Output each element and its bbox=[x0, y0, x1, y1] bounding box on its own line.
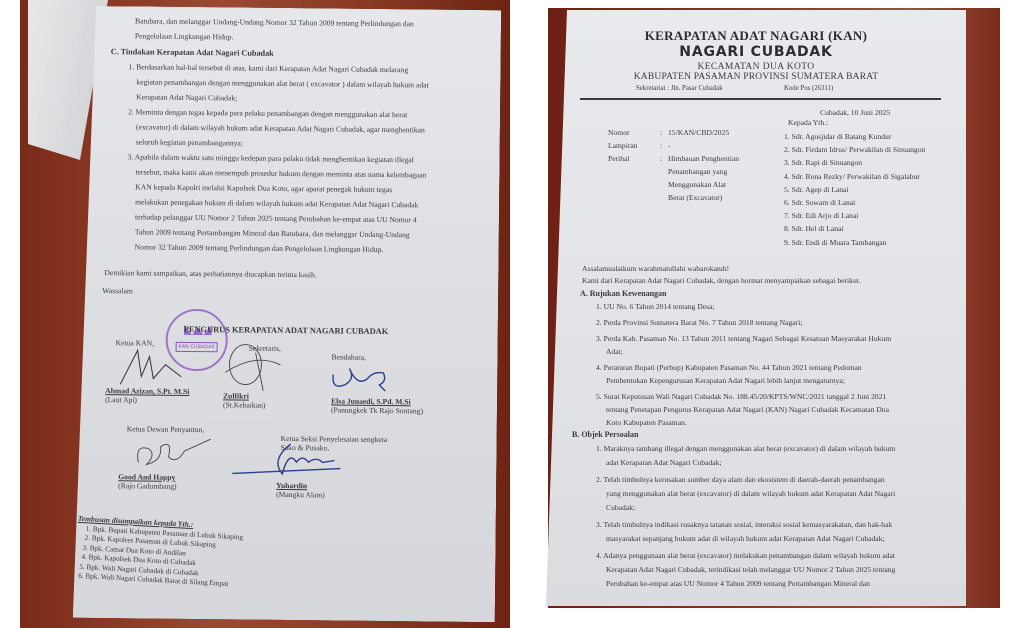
meta-value: 15/KAN/CBD/2025 bbox=[668, 128, 729, 138]
list-item-line: 4. Peraturan Bupati (Perbup) Kabupaten P… bbox=[596, 363, 862, 373]
letter-date: Cubadak, 10 Juni 2025 bbox=[820, 108, 890, 118]
signature-ketua-kan bbox=[115, 346, 185, 392]
list-item-line: masyarakat sepanjang hukum adat di wilay… bbox=[606, 534, 885, 544]
meta-label: Lampiran bbox=[608, 141, 638, 151]
signature-ketua-seksi bbox=[230, 439, 350, 485]
letterhead-divider bbox=[580, 98, 941, 100]
list-item-line: KAN kepada Kapolri melalui Kapolsek Dua … bbox=[135, 182, 392, 195]
recipient-item: 5. Sdr. Agep di Lanai bbox=[784, 185, 849, 195]
letterhead-postal: Kode Pos (26311) bbox=[784, 84, 833, 94]
salutation: Wassalam bbox=[102, 286, 133, 296]
letterhead-address: Sekretariat : Jln. Pasar Cubadak bbox=[636, 84, 723, 94]
section-c-heading: C. Tindakan Kerapatan Adat Nagari Cubada… bbox=[111, 47, 274, 59]
meta-value: - bbox=[668, 141, 671, 151]
letterhead-kabupaten: KABUPATEN PASAMAN PROVINSI SUMATERA BARA… bbox=[546, 72, 966, 82]
list-item-line: 2. Telah timbulnya kerusakan sumber daya… bbox=[596, 475, 885, 485]
list-item-line: 3. Perda Kab. Pasaman No. 13 Tahun 2011 … bbox=[596, 334, 891, 344]
list-item-line: 5. Surat Keputusan Wali Nagari Cubadak N… bbox=[596, 392, 886, 402]
meta-separator: : bbox=[660, 141, 662, 151]
list-item-line: terhadap pelanggar UU Nomor 2 Tahun 2025… bbox=[135, 212, 417, 225]
list-item-line: Perubahan ke-empat atas UU Nomor 4 Tahun… bbox=[606, 579, 870, 589]
title-ketua-kan: (Laut Api) bbox=[105, 395, 137, 405]
recipient-item: 7. Sdr. Edi Arjo di Lanai bbox=[784, 211, 858, 221]
list-item-line: 3. Telah timbulnya indikasi rusaknya tat… bbox=[596, 520, 892, 530]
perihal-line: Berat (Excavator) bbox=[668, 193, 722, 203]
letterhead-kecamatan: KECAMATAN DUA KOTO bbox=[546, 62, 966, 72]
list-item-line: tentang Penetapan Pengurus Kerapatan Ada… bbox=[606, 405, 889, 415]
to-label: Kepada Yth.: bbox=[788, 118, 828, 128]
continuation-line: Batubara, dan melanggar Undang-Undang No… bbox=[135, 16, 414, 29]
list-item-line: Kerapatan Adat Nagari Cubadak, terindika… bbox=[606, 565, 895, 575]
list-item-line: kegiatan penambangan dengan menggunakan … bbox=[136, 77, 428, 90]
recipient-item: 2. Sdr. Firdam Idrus/ Perwakilan di Sinu… bbox=[784, 145, 925, 155]
recipient-item: 1. Sdr. Agusjidar di Batang Kundur bbox=[784, 132, 891, 142]
list-item-line: Cubadak; bbox=[606, 503, 635, 513]
meta-separator: : bbox=[660, 154, 662, 164]
letter-page-2: Batubara, dan melanggar Undang-Undang No… bbox=[73, 6, 501, 622]
greeting: Assalamualaikum warahmatullahi wabarokat… bbox=[582, 264, 729, 274]
continuation-line: Pengelolaan Lingkungan Hidup. bbox=[135, 31, 234, 42]
meta-label: Nomor bbox=[608, 128, 630, 138]
recipient-item: 3. Sdr. Rapi di Sinuangon bbox=[784, 158, 862, 168]
list-item-line: 1. Berdasarkan hal-hal tersebut di atas,… bbox=[129, 62, 409, 75]
signature-sekretaris bbox=[215, 342, 286, 398]
title-dewan-penyantun: (Rajo Gadumbang) bbox=[118, 481, 177, 492]
letterhead-nagari: NAGARI CUBADAK bbox=[546, 44, 966, 60]
list-item-line: 2. Perda Provinsi Sumatera Barat No. 7 T… bbox=[596, 318, 802, 328]
list-item-line: yang menggunakan alat berat (excavator) … bbox=[606, 489, 895, 499]
letter-page-1: KERAPATAN ADAT NAGARI (KAN) NAGARI CUBAD… bbox=[546, 10, 966, 606]
title-ketua-seksi: (Mangku Alam) bbox=[276, 490, 325, 501]
list-item-line: melakukan penegakan hukum di dalam wilay… bbox=[135, 197, 418, 210]
list-item-line: adat Kerapatan Adat Nagari Cubadak; bbox=[606, 458, 722, 468]
list-item-line: tersebut, maka kami akan menempuh prosed… bbox=[135, 167, 426, 180]
list-item-line: seluruh kegiatan penambangannya; bbox=[136, 137, 243, 148]
title-bendahara: (Panungkek Tk Rajo Sontang) bbox=[331, 405, 423, 416]
recipient-item: 4. Sdr. Rona Rezky/ Perwakilan di Sigala… bbox=[784, 172, 920, 182]
org-signature-title: PENGURUS KERAPATAN ADAT NAGARI CUBADAK bbox=[184, 325, 389, 337]
list-item-line: 4. Adanya penggunaan alat berat (excavat… bbox=[596, 551, 895, 561]
list-item-line: Koto Kabupaten Pasaman. bbox=[606, 418, 687, 428]
list-item-line: 2. Meminta dengan tegas kepada para pela… bbox=[128, 107, 407, 120]
letterhead-org: KERAPATAN ADAT NAGARI (KAN) bbox=[546, 28, 966, 44]
list-item-line: 1. Maraknya tambang illegal dengan mengg… bbox=[596, 444, 895, 454]
list-item-line: Nomor 32 Tahun 2009 tentang Perlindungan… bbox=[135, 242, 384, 255]
closing-text: Demikian kami sampaikan, atas perhatiann… bbox=[104, 268, 316, 280]
section-b-heading: B. Objek Persoalan bbox=[572, 430, 638, 440]
list-item-line: Tahun 2009 tentang Pertambangan Mineral … bbox=[135, 227, 410, 240]
intro: Kami dari Kerapatan Adat Nagari Cubadak,… bbox=[582, 276, 861, 286]
list-item-line: Adat; bbox=[606, 347, 623, 357]
recipient-item: 9. Sdr. Endi di Muara Tambangan bbox=[784, 238, 886, 248]
recipient-item: 6. Sdr. Sowam di Lanai bbox=[784, 198, 855, 208]
signature-bendahara bbox=[327, 360, 397, 400]
list-item-line: (excavator) di dalam wilayah hukum adat … bbox=[136, 122, 425, 135]
meta-separator: : bbox=[660, 128, 662, 138]
perihal-line: Penambangan yang bbox=[668, 167, 727, 177]
meta-label: Perihal bbox=[608, 154, 630, 164]
list-item-line: 3. Apabila dalam waktu satu minggu kedep… bbox=[128, 152, 414, 165]
list-item-line: Pembentukan Kepengurusan Kerapatan Adat … bbox=[606, 376, 845, 386]
title-sekretaris: (St.Kebaikan) bbox=[223, 400, 265, 410]
list-item-line: Kerapatan Adat Nagari Cubadak; bbox=[136, 92, 237, 103]
list-item-line: 1. UU No. 6 Tahun 2014 tentang Desa; bbox=[596, 302, 715, 312]
meta-value: Himbauan Penghentian bbox=[668, 154, 739, 164]
perihal-line: Menggunakan Alat bbox=[668, 180, 726, 190]
section-a-heading: A. Rujukan Kewenangan bbox=[580, 289, 666, 299]
recipient-item: 8. Sdr. Hel di Lanai bbox=[784, 224, 843, 234]
